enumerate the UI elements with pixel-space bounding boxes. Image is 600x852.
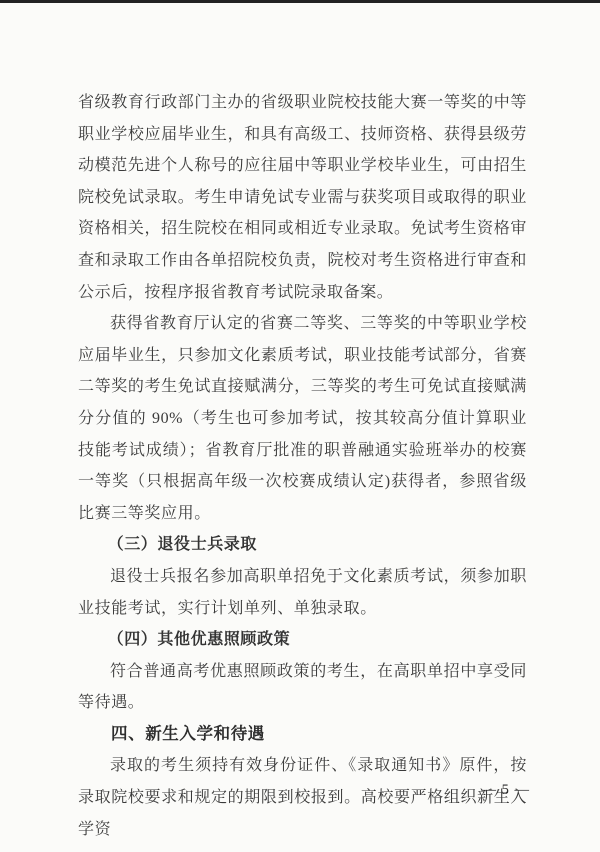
body-paragraph-continued: 省级教育行政部门主办的省级职业院校技能大赛一等奖的中等职业学校应届毕业生，和具有… (78, 87, 527, 308)
body-paragraph-enrollment-requirements: 录取的考生须持有效身份证件、《录取通知书》原件，按录取院校要求和规定的期限到校报… (78, 750, 527, 845)
page-number: — 5 — (482, 782, 531, 799)
body-paragraph-preferential-treatment: 符合普通高考优惠照顾政策的考生，在高职单招中享受同等待遇。 (78, 656, 527, 719)
body-paragraph-veterans: 退役士兵报名参加高职单招免于文化素质考试，须参加职业技能考试，实行计划单列、单独… (78, 561, 527, 624)
body-paragraph-provincial-awards: 获得省教育厅认定的省赛二等奖、三等奖的中等职业学校应届毕业生，只参加文化素质考试… (78, 308, 527, 529)
scan-edge-artifact (0, 0, 600, 3)
document-page: 省级教育行政部门主办的省级职业院校技能大赛一等奖的中等职业学校应届毕业生，和具有… (0, 0, 600, 852)
section-subheading-veterans-admission: （三）退役士兵录取 (78, 529, 527, 561)
section-subheading-other-preferential-policies: （四）其他优惠照顾政策 (78, 624, 527, 656)
document-body: 省级教育行政部门主办的省级职业院校技能大赛一等奖的中等职业学校应届毕业生，和具有… (78, 87, 527, 845)
section-heading-new-student-enrollment: 四、新生入学和待遇 (78, 719, 527, 751)
